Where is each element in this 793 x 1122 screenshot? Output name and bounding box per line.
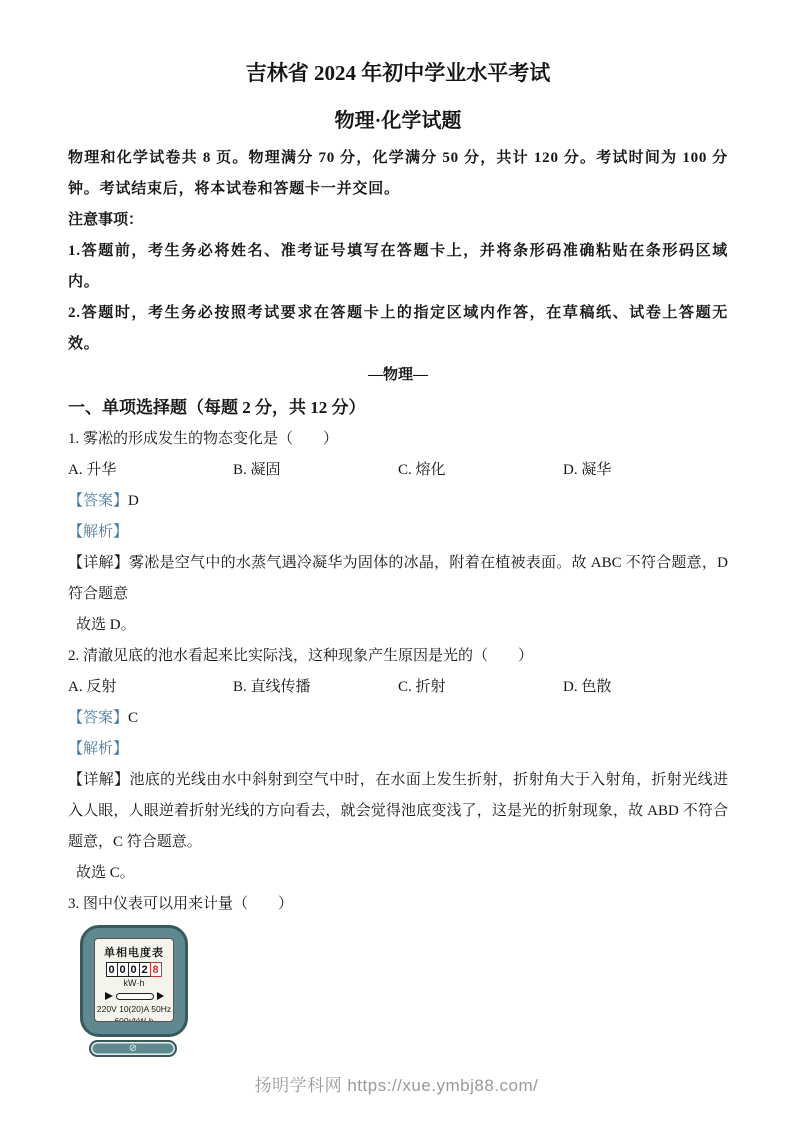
analysis-label: 【解析】 — [68, 524, 128, 540]
answer-label: 【答案】 — [68, 493, 128, 509]
meter-base: ⊘ — [89, 1040, 177, 1057]
meter-unit-label: kW·h — [95, 978, 173, 988]
question-1-option-a: A. 升华 — [68, 455, 233, 486]
meter-revolutions-label: 600r/kW·h — [95, 1016, 173, 1022]
question-2-analysis-row: 【解析】 — [68, 734, 728, 765]
answer-value: C — [128, 710, 138, 726]
question-2-text: 2. 清澈见底的池水看起来比实际浅，这种现象产生原因是光的（ ） — [68, 641, 728, 672]
question-1-option-d: D. 凝华 — [563, 455, 728, 486]
question-1-text: 1. 雾凇的形成发生的物态变化是（ ） — [68, 424, 728, 455]
question-2-options: A. 反射 B. 直线传播 C. 折射 D. 色散 — [68, 672, 728, 703]
question-1-answer-row: 【答案】D — [68, 486, 728, 517]
document-content: 吉林省 2024 年初中学业水平考试 物理·化学试题 物理和化学试卷共 8 页。… — [68, 58, 728, 1057]
question-2-option-b: B. 直线传播 — [233, 672, 398, 703]
note-item-1: 1.答题前，考生务必将姓名、准考证号填写在答题卡上，并将条形码准确粘贴在条形码区… — [68, 236, 728, 298]
question-1-option-b: B. 凝固 — [233, 455, 398, 486]
rotation-arrow-icon — [157, 992, 164, 1000]
question-1-analysis-row: 【解析】 — [68, 517, 728, 548]
electric-meter-figure: 单相电度表 0 0 0 2 8 kW·h — [80, 925, 210, 1057]
question-2: 2. 清澈见底的池水看起来比实际浅，这种现象产生原因是光的（ ） A. 反射 B… — [68, 641, 728, 889]
meter-disc-row — [95, 992, 173, 1000]
exam-intro: 物理和化学试卷共 8 页。物理满分 70 分，化学满分 50 分，共计 120 … — [68, 143, 728, 205]
note-item-2: 2.答题时，考生务必按照考试要求在答题卡上的指定区域内作答，在草稿纸、试卷上答题… — [68, 298, 728, 360]
no-symbol-icon: ⊘ — [129, 1043, 137, 1054]
meter-housing: 单相电度表 0 0 0 2 8 kW·h — [80, 925, 188, 1037]
exam-document-page: 吉林省 2024 年初中学业水平考试 物理·化学试题 物理和化学试卷共 8 页。… — [0, 0, 793, 1122]
meter-title: 单相电度表 — [95, 944, 173, 960]
counter-digit-decimal: 8 — [150, 962, 162, 977]
question-2-detail: 【详解】池底的光线由水中斜射到空气中时，在水面上发生折射，折射角大于入射角，折射… — [68, 765, 728, 858]
question-2-answer-row: 【答案】C — [68, 703, 728, 734]
answer-value: D — [128, 493, 139, 509]
question-1-detail: 【详解】雾凇是空气中的水蒸气遇冷凝华为固体的冰晶，附着在植被表面。故 ABC 不… — [68, 548, 728, 610]
page-subtitle: 物理·化学试题 — [68, 107, 728, 135]
question-1-option-c: C. 熔化 — [398, 455, 563, 486]
question-1: 1. 雾凇的形成发生的物态变化是（ ） A. 升华 B. 凝固 C. 熔化 D.… — [68, 424, 728, 641]
question-2-option-a: A. 反射 — [68, 672, 233, 703]
notes-heading: 注意事项： — [68, 205, 728, 236]
meter-face-panel: 单相电度表 0 0 0 2 8 kW·h — [94, 938, 174, 1022]
question-2-option-c: C. 折射 — [398, 672, 563, 703]
question-3: 3. 图中仪表可以用来计量（ ） 单相电度表 0 0 0 2 8 kW·h — [68, 889, 728, 1057]
question-2-option-d: D. 色散 — [563, 672, 728, 703]
detail-text: 池底的光线由水中斜射到空气中时，在水面上发生折射，折射角大于入射角，折射光线进入… — [68, 772, 728, 850]
section-heading-mcq: 一、单项选择题（每题 2 分，共 12 分） — [68, 391, 728, 424]
question-1-options: A. 升华 B. 凝固 C. 熔化 D. 凝华 — [68, 455, 728, 486]
question-1-conclusion: 故选 D。 — [68, 610, 728, 641]
footer-credit: 扬明学科网 https://xue.ymbj88.com/ — [0, 1071, 793, 1096]
question-2-conclusion: 故选 C。 — [68, 858, 728, 889]
rotation-arrow-icon — [105, 992, 113, 1000]
page-title: 吉林省 2024 年初中学业水平考试 — [68, 58, 728, 88]
detail-label: 【详解】 — [68, 555, 129, 571]
meter-counter: 0 0 0 2 8 — [95, 962, 173, 977]
question-3-text: 3. 图中仪表可以用来计量（ ） — [68, 889, 728, 920]
answer-label: 【答案】 — [68, 710, 128, 726]
rotating-disc-icon — [116, 993, 154, 1000]
section-divider-physics: —物理— — [68, 360, 728, 391]
meter-rating-label: 220V 10(20)A 50Hz — [95, 1004, 173, 1014]
detail-text: 雾凇是空气中的水蒸气遇冷凝华为固体的冰晶，附着在植被表面。故 ABC 不符合题意… — [68, 555, 728, 602]
analysis-label: 【解析】 — [68, 741, 128, 757]
detail-label: 【详解】 — [68, 772, 129, 788]
